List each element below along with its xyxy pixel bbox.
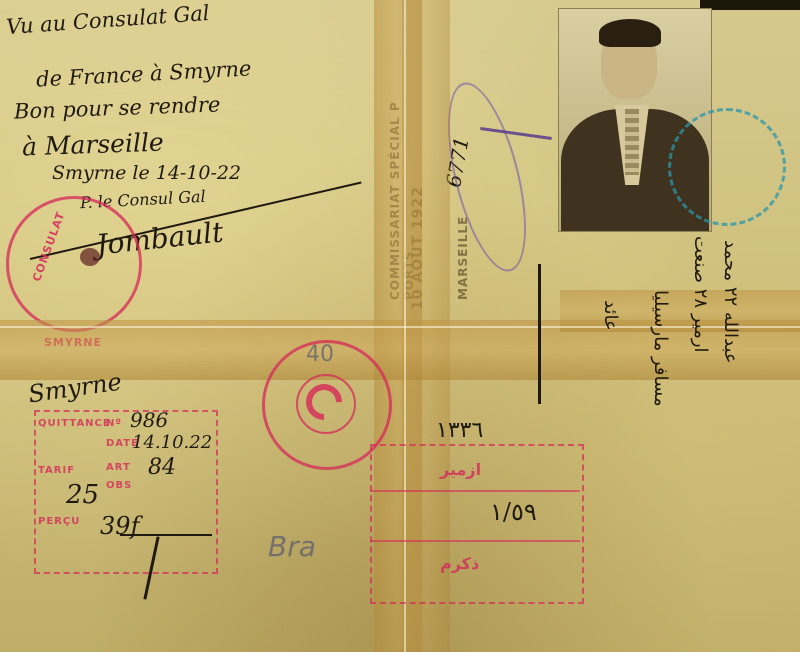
visa-line-4: à Marseille	[22, 128, 165, 162]
ottoman-script-line-1: عبدالله ۲۲ محمد	[720, 240, 741, 600]
background-edge	[700, 0, 800, 10]
receipt-field-obs-label: OBS	[106, 480, 132, 491]
receipt-strike	[120, 534, 212, 536]
ottoman-script-line-2: ارمیر ٢٨ صنعت	[690, 236, 711, 616]
visa-line-5: Smyrne le 14-10-22	[52, 162, 241, 184]
receipt-label-percu: PERÇU	[38, 516, 80, 527]
hair	[599, 19, 661, 47]
ottoman-script-line-4: عائد	[600, 300, 621, 420]
fold-line-horizontal	[0, 326, 800, 328]
visa-line-2: de France à Smyrne	[36, 56, 252, 91]
receipt-no-value: 986	[130, 408, 168, 432]
ottoman-year: ١٣٣٦	[436, 418, 483, 443]
receipt-field-art-label: ART	[106, 462, 131, 473]
pen-stroke-vertical	[538, 264, 541, 404]
ottoman-divider-2	[370, 540, 580, 542]
receipt-label-tarif: TARIF	[38, 465, 75, 476]
ottoman-header: ازمير	[440, 460, 481, 479]
consulate-stamp	[6, 196, 142, 332]
ink-blot	[80, 248, 100, 266]
ottoman-number: ١/٥٩	[490, 498, 537, 526]
visa-line-3: Bon pour se rendre	[14, 92, 221, 123]
visa-line-1: Vu au Consulat Gal	[5, 1, 210, 39]
receipt-field-no-label: Nº	[106, 418, 122, 429]
ottoman-divider-1	[370, 490, 580, 492]
ottoman-script-line-3: مسافر مارسیلیا	[650, 290, 671, 620]
document-photo: Vu au Consulat Gal de France à Smyrne Bo…	[0, 0, 800, 652]
ottoman-footer: ذكرم	[440, 554, 479, 573]
blue-stamp	[668, 108, 786, 226]
receipt-date-value: 14.10.22	[132, 432, 212, 453]
receipt-art-value: 84	[148, 455, 176, 480]
pencil-bra: Bra	[268, 530, 316, 563]
receipt-amount: 25	[66, 480, 99, 510]
pencil-40: 40	[306, 342, 334, 367]
receipt-label-quittance: QUITTANCE	[38, 418, 111, 429]
tie	[625, 109, 639, 175]
